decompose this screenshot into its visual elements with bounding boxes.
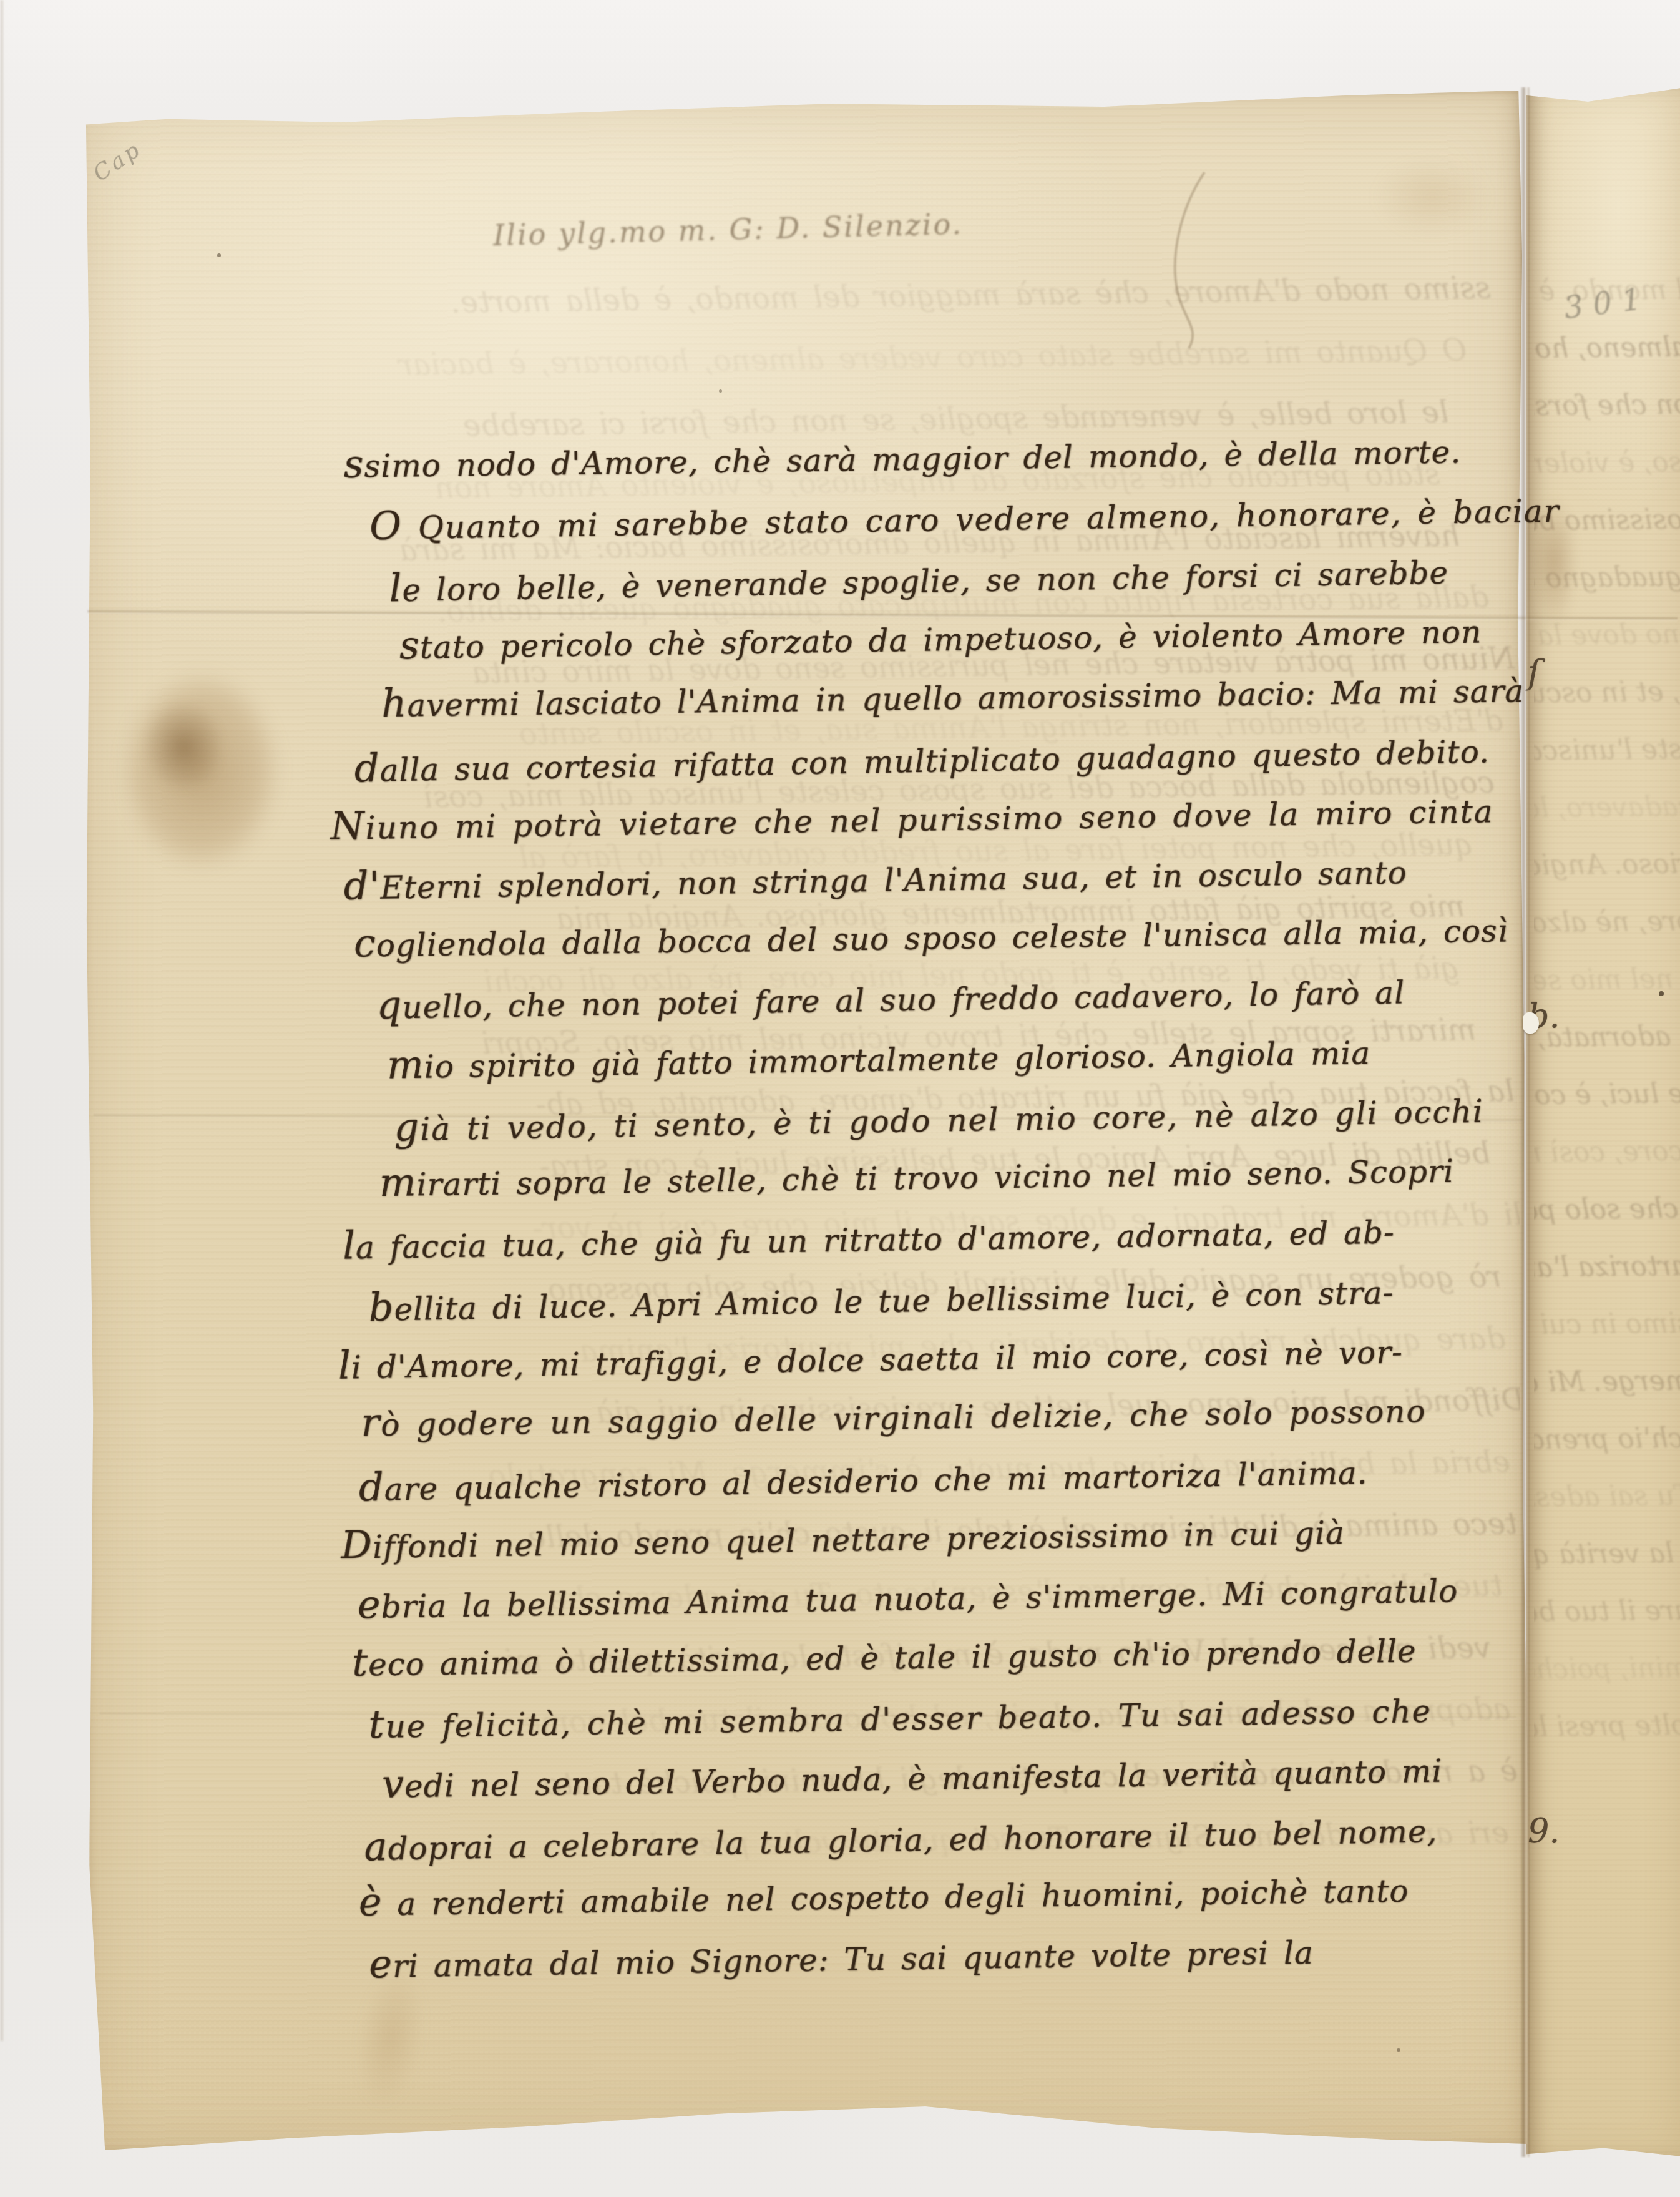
ink-speck bbox=[1397, 2048, 1400, 2052]
showthrough-line: vedi nel seno del Verbo nuda, è manifest… bbox=[1534, 1519, 1680, 1590]
manuscript-scan: ssimo nodo d'Amore, chè sarà maggior del… bbox=[0, 0, 1680, 2197]
showthrough-line: teco anima ò dilettissima, ed è tale il … bbox=[1534, 1404, 1680, 1475]
stain-top-right bbox=[1354, 144, 1510, 250]
showthrough-line: eri amata dal mio Signore: Tu sai quante… bbox=[1534, 1691, 1680, 1763]
showthrough-line: mio spirito già fatto immortalmente glor… bbox=[1534, 829, 1680, 901]
ink-speck bbox=[217, 253, 221, 257]
ink-speck bbox=[1659, 991, 1664, 996]
heading-flourish-stroke bbox=[1145, 167, 1220, 355]
showthrough-line: adoprai a celebrare la tua gloria, ed ho… bbox=[1534, 1576, 1680, 1648]
ink-speck bbox=[719, 389, 722, 393]
showthrough-line: rò godere un saggio delle virginali deli… bbox=[1534, 1174, 1680, 1246]
ink-text-block: ssimo nodo d'Amore, chè sarà maggior del… bbox=[325, 419, 1558, 1995]
showthrough-line: è a renderti amabile nel cospetto degli … bbox=[1534, 1633, 1680, 1705]
showthrough-line: bellita di luce. Apri Amico le tue belli… bbox=[1534, 1059, 1680, 1131]
showthrough-line: già ti vedo, ti sento, è ti godo nel mio… bbox=[1534, 887, 1680, 958]
showthrough-line: li d'Amore, mi trafiggi, e dolce saetta … bbox=[1534, 1116, 1680, 1188]
showthrough-line: tue felicità, chè mi sembra d'esser beat… bbox=[1534, 1461, 1680, 1533]
showthrough-line: le loro belle, è venerande spoglie, se n… bbox=[1534, 371, 1680, 442]
fold-crease-vertical bbox=[0, 0, 4, 2041]
showthrough-line: quello, che non potei fare al suo freddo… bbox=[1534, 772, 1680, 843]
showthrough-line: cogliendola dalla bocca del suo sposo ce… bbox=[1534, 715, 1680, 786]
showthrough-line: ebria la bellissima Anima tua nuota, è s… bbox=[1534, 1346, 1680, 1418]
showthrough-line: Diffondi nel mio seno quel nettare prezi… bbox=[1534, 1288, 1680, 1360]
showthrough-line: dare qualche ristoro al desiderio che mi… bbox=[1534, 1231, 1680, 1303]
showthrough-line: O Quanto mi sarebbe stato caro vedere al… bbox=[1534, 313, 1680, 384]
